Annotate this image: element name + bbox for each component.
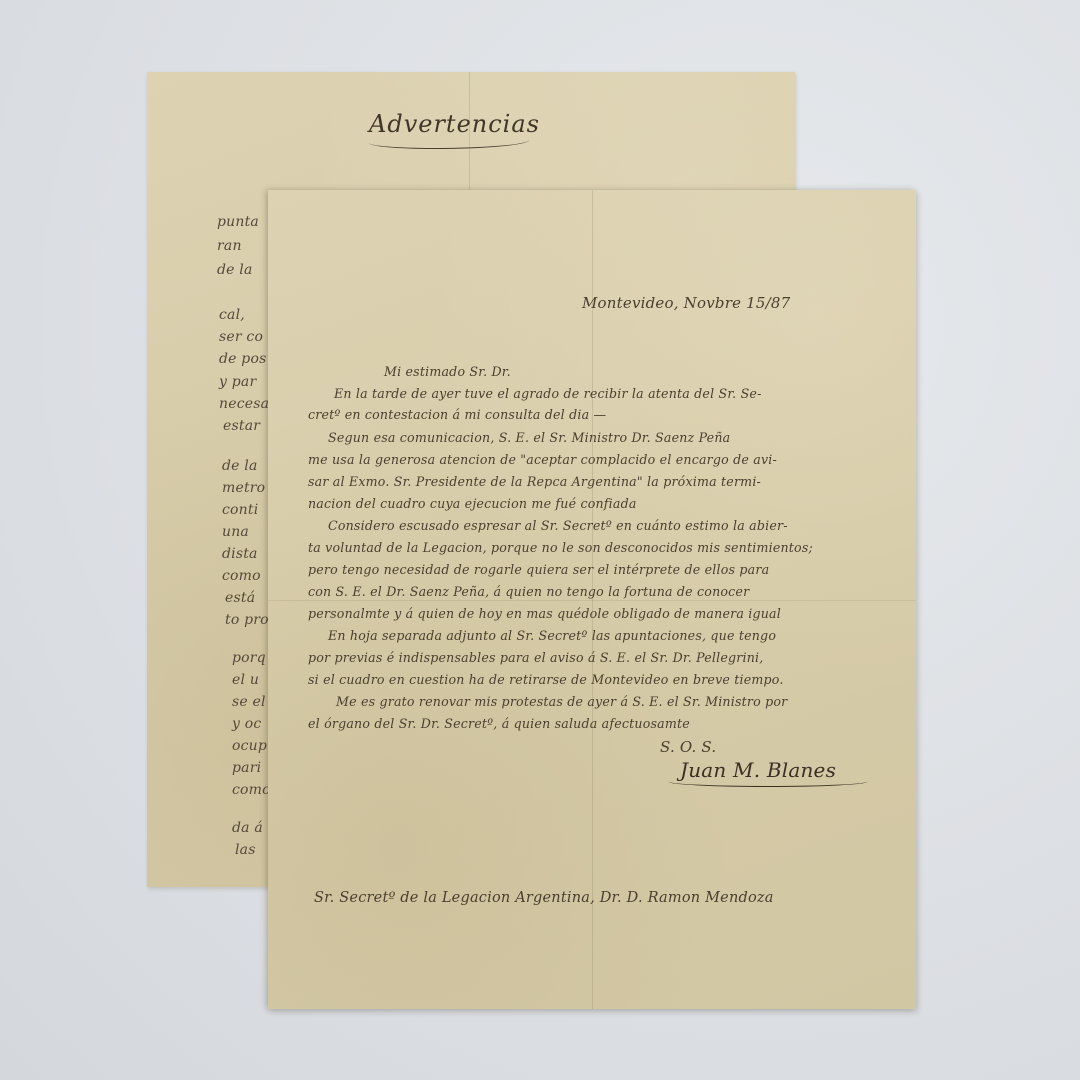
body-line: personalmte y á quien de hoy en mas quéd… bbox=[308, 606, 781, 621]
fold-crease bbox=[268, 600, 916, 601]
fragment: to pro bbox=[225, 612, 269, 628]
fragment: ser co bbox=[219, 329, 263, 345]
body-line: nacion del cuadro cuya ejecucion me fué … bbox=[308, 496, 637, 511]
body-line: si el cuadro en cuestion ha de retirarse… bbox=[308, 672, 784, 687]
fragment: porq bbox=[232, 650, 266, 666]
fragment: y oc bbox=[232, 716, 261, 732]
body-line: con S. E. el Dr. Saenz Peña, á quien no … bbox=[308, 584, 749, 599]
body-line: el órgano del Sr. Dr. Secretº, á quien s… bbox=[308, 716, 690, 731]
body-line: ta voluntad de la Legacion, porque no le… bbox=[308, 540, 813, 555]
body-line: Me es grato renovar mis protestas de aye… bbox=[336, 694, 787, 709]
fragment: estar bbox=[223, 418, 260, 434]
fragment: como bbox=[232, 782, 271, 798]
body-line: Segun esa comunicacion, S. E. el Sr. Min… bbox=[328, 430, 730, 445]
fragment: metro bbox=[222, 480, 265, 496]
fragment: una bbox=[222, 524, 249, 540]
salutation: Mi estimado Sr. Dr. bbox=[384, 364, 511, 379]
body-line: Considero escusado espresar al Sr. Secre… bbox=[328, 518, 788, 533]
fragment: ocup bbox=[232, 738, 267, 754]
date-line: Montevideo, Novbre 15/87 bbox=[582, 294, 790, 312]
title-underline bbox=[369, 134, 529, 149]
fragment: necesa bbox=[219, 396, 269, 412]
body-line: me usa la generosa atencion de "aceptar … bbox=[308, 452, 777, 467]
fragment: y par bbox=[219, 374, 256, 390]
fragment: cal, bbox=[219, 307, 245, 323]
fragment: da á bbox=[232, 820, 263, 836]
body-line: cretº en contestacion á mi consulta del … bbox=[308, 407, 606, 422]
body-line: pero tengo necesidad de rogarle quiera s… bbox=[308, 562, 769, 577]
body-line: sar al Exmo. Sr. Presidente de la Repca … bbox=[308, 474, 761, 489]
address-line: Sr. Secretº de la Legacion Argentina, Dr… bbox=[314, 890, 774, 906]
fragment: las bbox=[235, 842, 256, 858]
body-line: En la tarde de ayer tuve el agrado de re… bbox=[334, 386, 762, 401]
fragment: el u bbox=[232, 672, 259, 688]
fragment: de la bbox=[217, 262, 253, 278]
closing-abbreviation: S. O. S. bbox=[660, 738, 716, 756]
body-line: En hoja separada adjunto al Sr. Secretº … bbox=[328, 628, 776, 643]
fragment: pari bbox=[232, 760, 261, 776]
fragment: dista bbox=[222, 546, 258, 562]
fragment: de pos bbox=[219, 351, 266, 367]
signature-flourish bbox=[668, 776, 868, 787]
front-letter-sheet: Montevideo, Novbre 15/87 Mi estimado Sr.… bbox=[268, 190, 916, 1009]
body-line: por previas é indispensables para el avi… bbox=[308, 650, 763, 665]
fragment: de la bbox=[222, 458, 258, 474]
fragment: está bbox=[225, 590, 255, 606]
fragment: se el bbox=[232, 694, 266, 710]
fragment: punta bbox=[217, 214, 259, 230]
fragment: ran bbox=[217, 238, 242, 254]
fragment: como bbox=[222, 568, 261, 584]
fragment: conti bbox=[222, 502, 258, 518]
